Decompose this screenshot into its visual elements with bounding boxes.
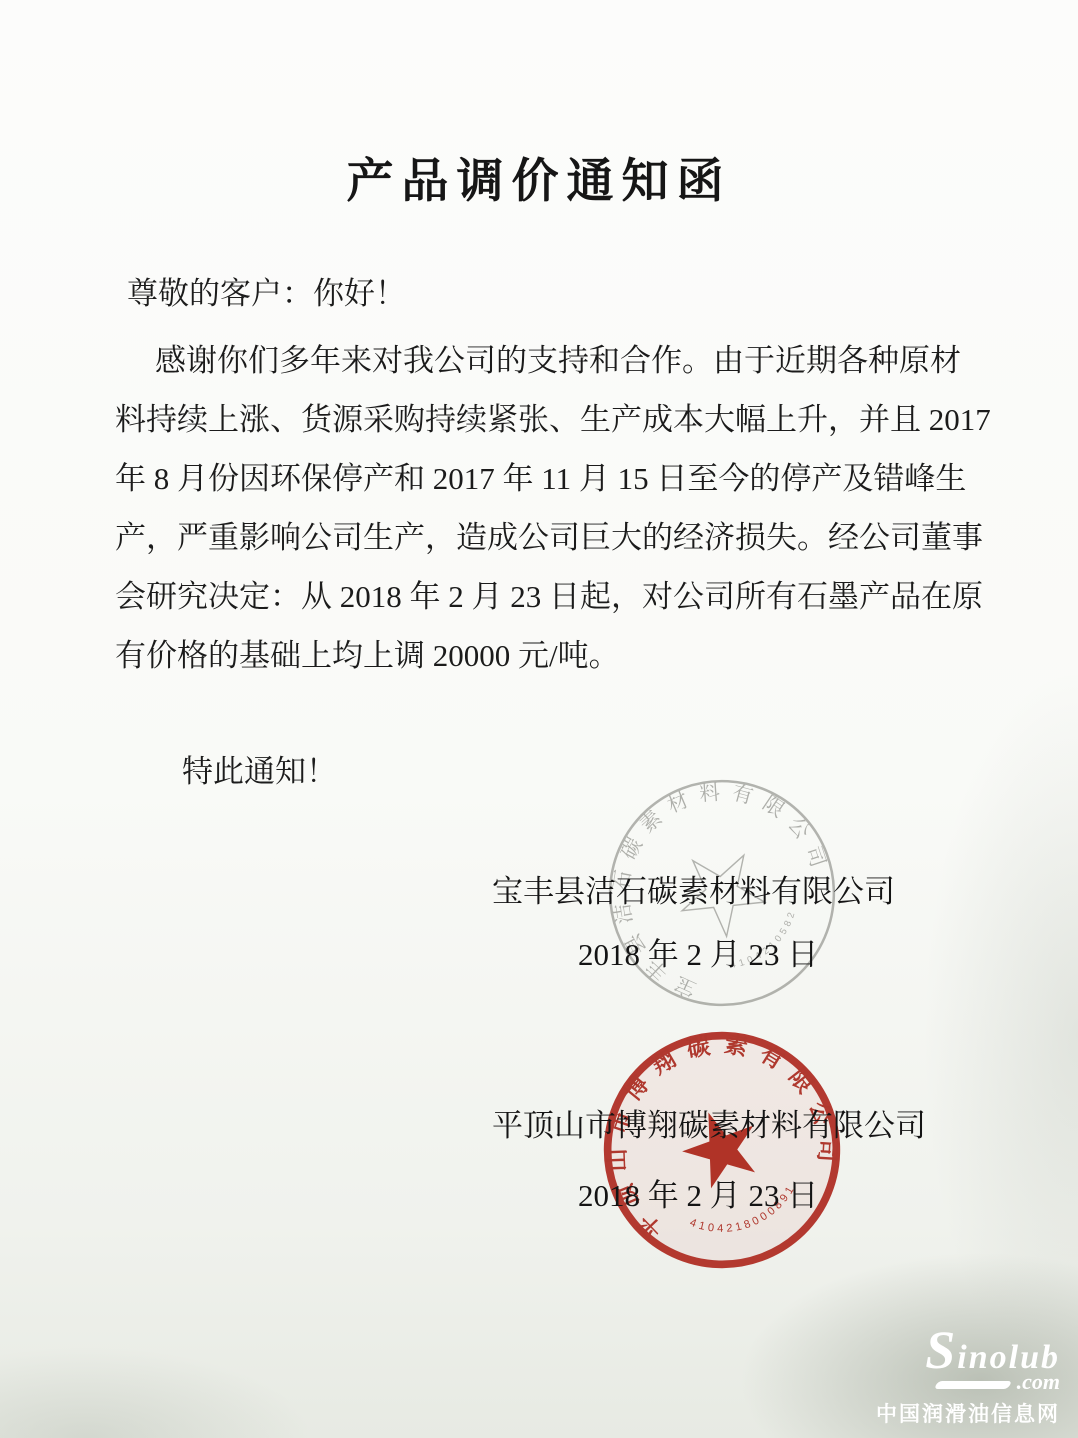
watermark-swoosh-icon [933, 1381, 1012, 1389]
signature-date-2: 2018 年 2 月 23 日 [578, 1170, 818, 1215]
page-title: 产品调价通知函 [0, 144, 1078, 211]
watermark-caption: 中国润滑油信息网 [876, 1398, 1060, 1428]
body-line-4: 产，严重影响公司生产，造成公司巨大的经济损失。经公司董事 [115, 508, 960, 567]
signature-company-1: 宝丰县洁石碳素材料有限公司 [492, 866, 895, 911]
greeting-line: 尊敬的客户：你好！ [127, 268, 406, 313]
signature-date-1: 2018 年 2 月 23 日 [578, 929, 818, 974]
body-line-6: 有价格的基础上均上调 20000 元/吨。 [115, 626, 960, 685]
seal-red-boxiang: 平顶山市博翔碳素有限公司 4104218000891 [558, 986, 886, 1314]
body-line-3: 年 8 月份因环保停产和 2017 年 11 月 15 日至今的停产及错峰生 [115, 449, 960, 508]
body-line-5: 会研究决定：从 2018 年 2 月 23 日起，对公司所有石墨产品在原 [115, 567, 960, 626]
sinolub-logo-initial: S [925, 1320, 957, 1380]
body-paragraph: 感谢你们多年来对我公司的支持和合作。由于近期各种原材 料持续上涨、货源采购持续紧… [115, 331, 960, 685]
body-line-2: 料持续上涨、货源采购持续紧张、生产成本大幅上升，并且 2017 [115, 390, 960, 449]
body-line-1: 感谢你们多年来对我公司的支持和合作。由于近期各种原材 [115, 331, 960, 390]
closing-line: 特此通知！ [182, 746, 337, 791]
sinolub-watermark: Sinolub .com 中国润滑油信息网 [876, 1331, 1060, 1428]
document-page: 产品调价通知函 尊敬的客户：你好！ 感谢你们多年来对我公司的支持和合作。由于近期… [0, 0, 1078, 1438]
watermark-domain: .com [1017, 1369, 1060, 1395]
signature-company-2: 平顶山市博翔碳素材料有限公司 [492, 1100, 926, 1145]
